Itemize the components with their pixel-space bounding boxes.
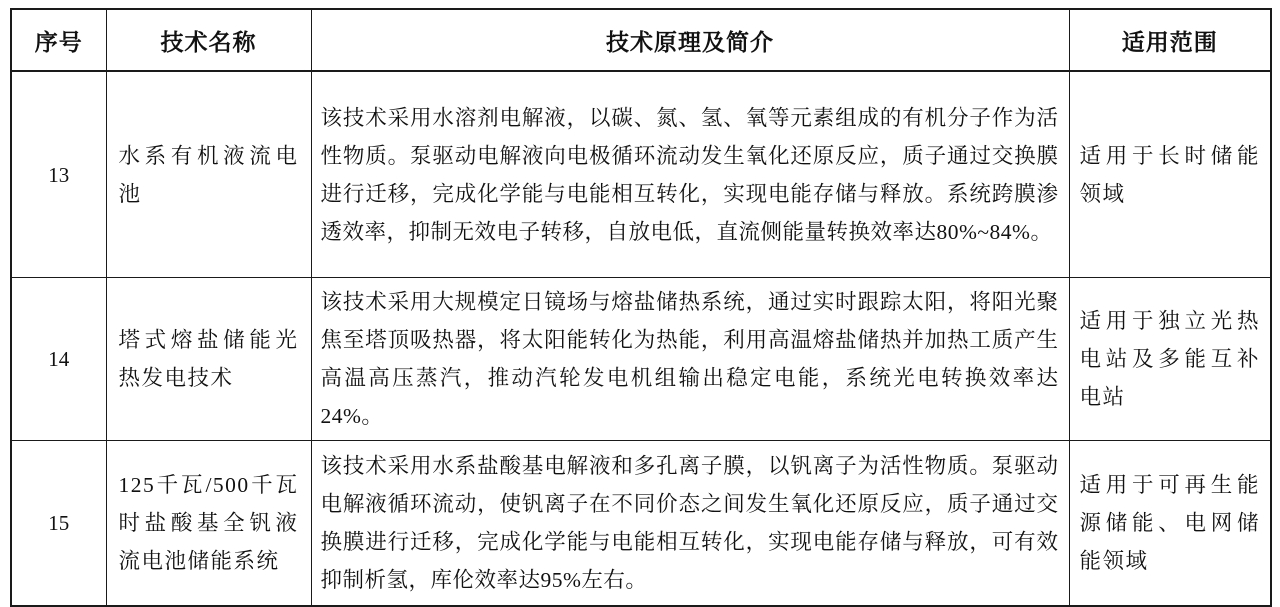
document-page: 序号 技术名称 技术原理及简介 适用范围 13 水系有机液流电池 该技术采用水溶… (0, 0, 1280, 588)
tech-description: 该技术采用水系盐酸基电解液和多孔离子膜，以钒离子为活性物质。泵驱动电解液循环流动… (311, 441, 1069, 607)
tech-name: 塔式熔盐储能光热发电技术 (106, 278, 311, 441)
table-row: 15 125千瓦/500千瓦时盐酸基全钒液流电池储能系统 该技术采用水系盐酸基电… (11, 441, 1271, 607)
tech-name: 水系有机液流电池 (106, 71, 311, 278)
row-number: 14 (11, 278, 106, 441)
technology-table: 序号 技术名称 技术原理及简介 适用范围 13 水系有机液流电池 该技术采用水溶… (10, 8, 1272, 607)
header-scope: 适用范围 (1069, 9, 1271, 71)
header-no: 序号 (11, 9, 106, 71)
tech-scope: 适用于独立光热电站及多能互补电站 (1069, 278, 1271, 441)
row-number: 13 (11, 71, 106, 278)
tech-scope: 适用于可再生能源储能、电网储能领域 (1069, 441, 1271, 607)
header-name: 技术名称 (106, 9, 311, 71)
header-description: 技术原理及简介 (311, 9, 1069, 71)
tech-name: 125千瓦/500千瓦时盐酸基全钒液流电池储能系统 (106, 441, 311, 607)
tech-description: 该技术采用水溶剂电解液，以碳、氮、氢、氧等元素组成的有机分子作为活性物质。泵驱动… (311, 71, 1069, 278)
table-row: 13 水系有机液流电池 该技术采用水溶剂电解液，以碳、氮、氢、氧等元素组成的有机… (11, 71, 1271, 278)
tech-scope: 适用于长时储能领域 (1069, 71, 1271, 278)
table-header-row: 序号 技术名称 技术原理及简介 适用范围 (11, 9, 1271, 71)
row-number: 15 (11, 441, 106, 607)
tech-description: 该技术采用大规模定日镜场与熔盐储热系统，通过实时跟踪太阳，将阳光聚焦至塔顶吸热器… (311, 278, 1069, 441)
table-row: 14 塔式熔盐储能光热发电技术 该技术采用大规模定日镜场与熔盐储热系统，通过实时… (11, 278, 1271, 441)
